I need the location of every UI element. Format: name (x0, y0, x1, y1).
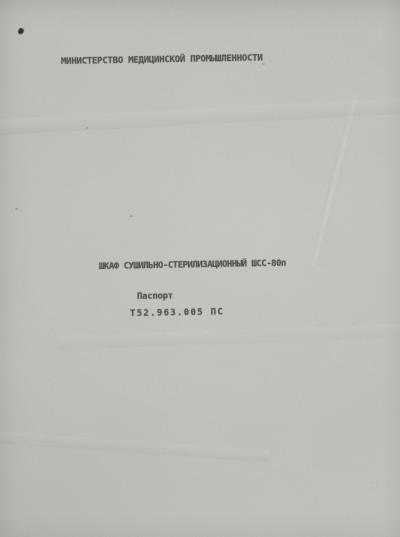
document-type-label: Паспорт (137, 291, 173, 302)
stray-mark (86, 127, 88, 129)
stray-mark (262, 63, 265, 65)
stray-mark (84, 57, 88, 59)
stray-mark (15, 208, 18, 210)
stray-mark (130, 215, 133, 217)
scanned-document-page: МИНИСТЕРСТВО МЕДИЦИНСКОЙ ПРОМЫШЛЕННОСТИ … (0, 0, 400, 537)
document-number: Т52.963.005 ПС (130, 307, 224, 319)
